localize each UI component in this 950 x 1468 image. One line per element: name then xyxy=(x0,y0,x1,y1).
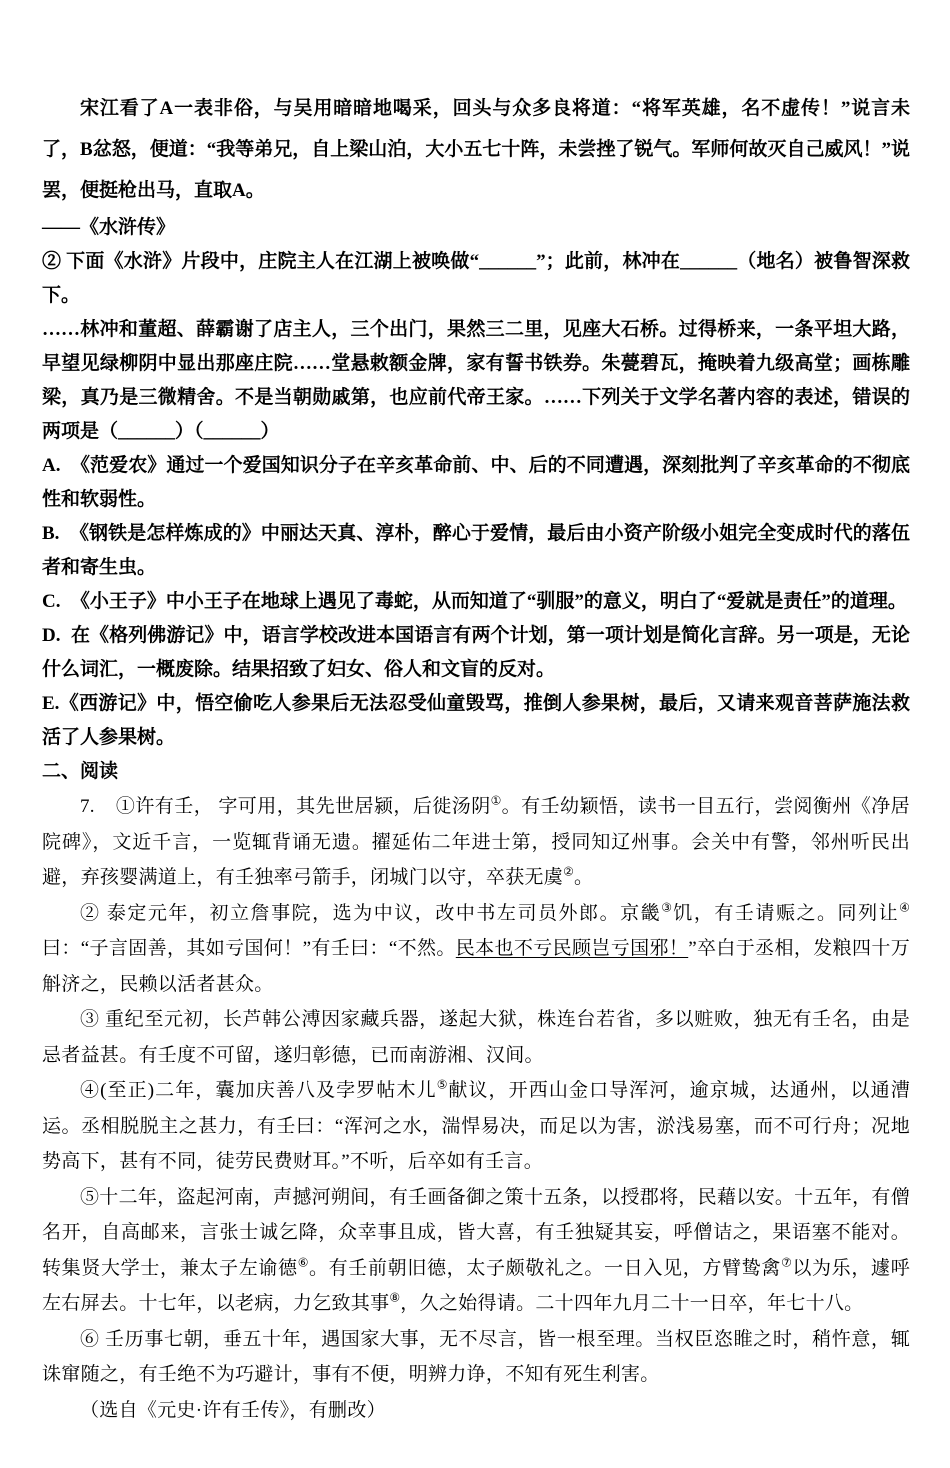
passage-paragraph-6: ⑥ 壬历事七朝，垂五十年，遇国家大事，无不尽言，皆一根至理。当权臣恣睢之时，稍忤… xyxy=(42,1322,910,1393)
shuihu-excerpt-2: ……林冲和董超、薛霸谢了店主人，三个出门，果然三二里，见座大石桥。过得桥来，一条… xyxy=(42,313,910,449)
option-e-text: 《西游记》中，悟空偷吃人参果后无法忍受仙童毁骂，推倒人参果树，最后，又请来观音菩… xyxy=(42,693,910,748)
passage-paragraph-4: ④(至正)二年，囊加庆善八及孛罗帖木儿⑤献议，开西山金口导浑河，逾京城，达通州，… xyxy=(42,1073,910,1180)
option-a: A.《范爱农》通过一个爱国知识分子在辛亥革命前、中、后的不同遭遇，深刻批判了辛亥… xyxy=(42,449,910,517)
option-e: E.《西游记》中，悟空偷吃人参果后无法忍受仙童毁骂，推倒人参果树，最后，又请来观… xyxy=(42,687,910,755)
passage-paragraph-5: ⑤十二年，盗起河南，声撼河朔间，有壬画备御之策十五条，以授郡将，民藉以安。十五年… xyxy=(42,1180,910,1322)
question-7-number: 7. xyxy=(80,796,95,817)
passage-paragraph-2: ② 泰定元年，初立詹事院，选为中议，改中书左司员外郎。京畿③饥，有壬请赈之。同列… xyxy=(42,896,910,1003)
option-b-label: B. xyxy=(42,523,59,544)
exam-page: 宋江看了A一表非俗，与吴用暗暗地喝采，回头与众多良将道：“将军英雄，名不虚传！”… xyxy=(0,0,950,1468)
option-b-text: 《钢铁是怎样炼成的》中丽达天真、淳朴，醉心于爱情，最后由小资产阶级小姐完全变成时… xyxy=(42,523,910,578)
option-a-text: 《范爱农》通过一个爱国知识分子在辛亥革命前、中、后的不同遭遇，深刻批判了辛亥革命… xyxy=(42,455,910,510)
option-d: D.在《格列佛游记》中，语言学校改进本国语言有两个计划，第一项计划是简化言辞。另… xyxy=(42,619,910,687)
option-b: B.《钢铁是怎样炼成的》中丽达天真、淳朴，醉心于爱情，最后由小资产阶级小姐完全变… xyxy=(42,517,910,585)
option-d-text: 在《格列佛游记》中，语言学校改进本国语言有两个计划，第一项计划是简化言辞。另一项… xyxy=(42,625,910,680)
option-a-label: A. xyxy=(42,455,60,476)
option-d-label: D. xyxy=(42,625,60,646)
shuihu-source-line: ——《水浒传》 xyxy=(42,211,910,245)
literature-section: 宋江看了A一表非俗，与吴用暗暗地喝采，回头与众多良将道：“将军英雄，名不虚传！”… xyxy=(42,88,910,755)
option-c-text: 《小王子》中小王子在地球上遇见了毒蛇，从而知道了“驯服”的意义，明白了“爱就是责… xyxy=(71,591,907,612)
option-c-label: C. xyxy=(42,591,60,612)
option-c: C.《小王子》中小王子在地球上遇见了毒蛇，从而知道了“驯服”的意义，明白了“爱就… xyxy=(42,585,910,619)
question-2-fill-blanks: ② 下面《水浒》片段中，庄院主人在江湖上被唤做“______”；此前，林冲在__… xyxy=(42,245,910,313)
section-two-heading: 二、阅读 xyxy=(42,755,910,789)
passage-paragraph-3: ③ 重纪至元初，长芦韩公溥因家藏兵器，遂起大狱，株连台若省，多以赃败，独无有壬名… xyxy=(42,1002,910,1073)
option-e-label: E. xyxy=(42,693,59,714)
shuihu-excerpt-1: 宋江看了A一表非俗，与吴用暗暗地喝采，回头与众多良将道：“将军英雄，名不虚传！”… xyxy=(42,88,910,211)
passage-source-note: （选自《元史·许有壬传》，有删改） xyxy=(42,1393,910,1429)
passage-paragraph-1-text: ①许有壬， 字可用，其先世居颍，后徙汤阴①。有壬幼颖悟，读书一目五行，尝阅衡州《… xyxy=(42,796,910,888)
passage-paragraph-1: 7.①许有壬， 字可用，其先世居颍，后徙汤阴①。有壬幼颖悟，读书一目五行，尝阅衡… xyxy=(42,789,910,896)
reading-passage-section: 7.①许有壬， 字可用，其先世居颍，后徙汤阴①。有壬幼颖悟，读书一目五行，尝阅衡… xyxy=(42,789,910,1428)
